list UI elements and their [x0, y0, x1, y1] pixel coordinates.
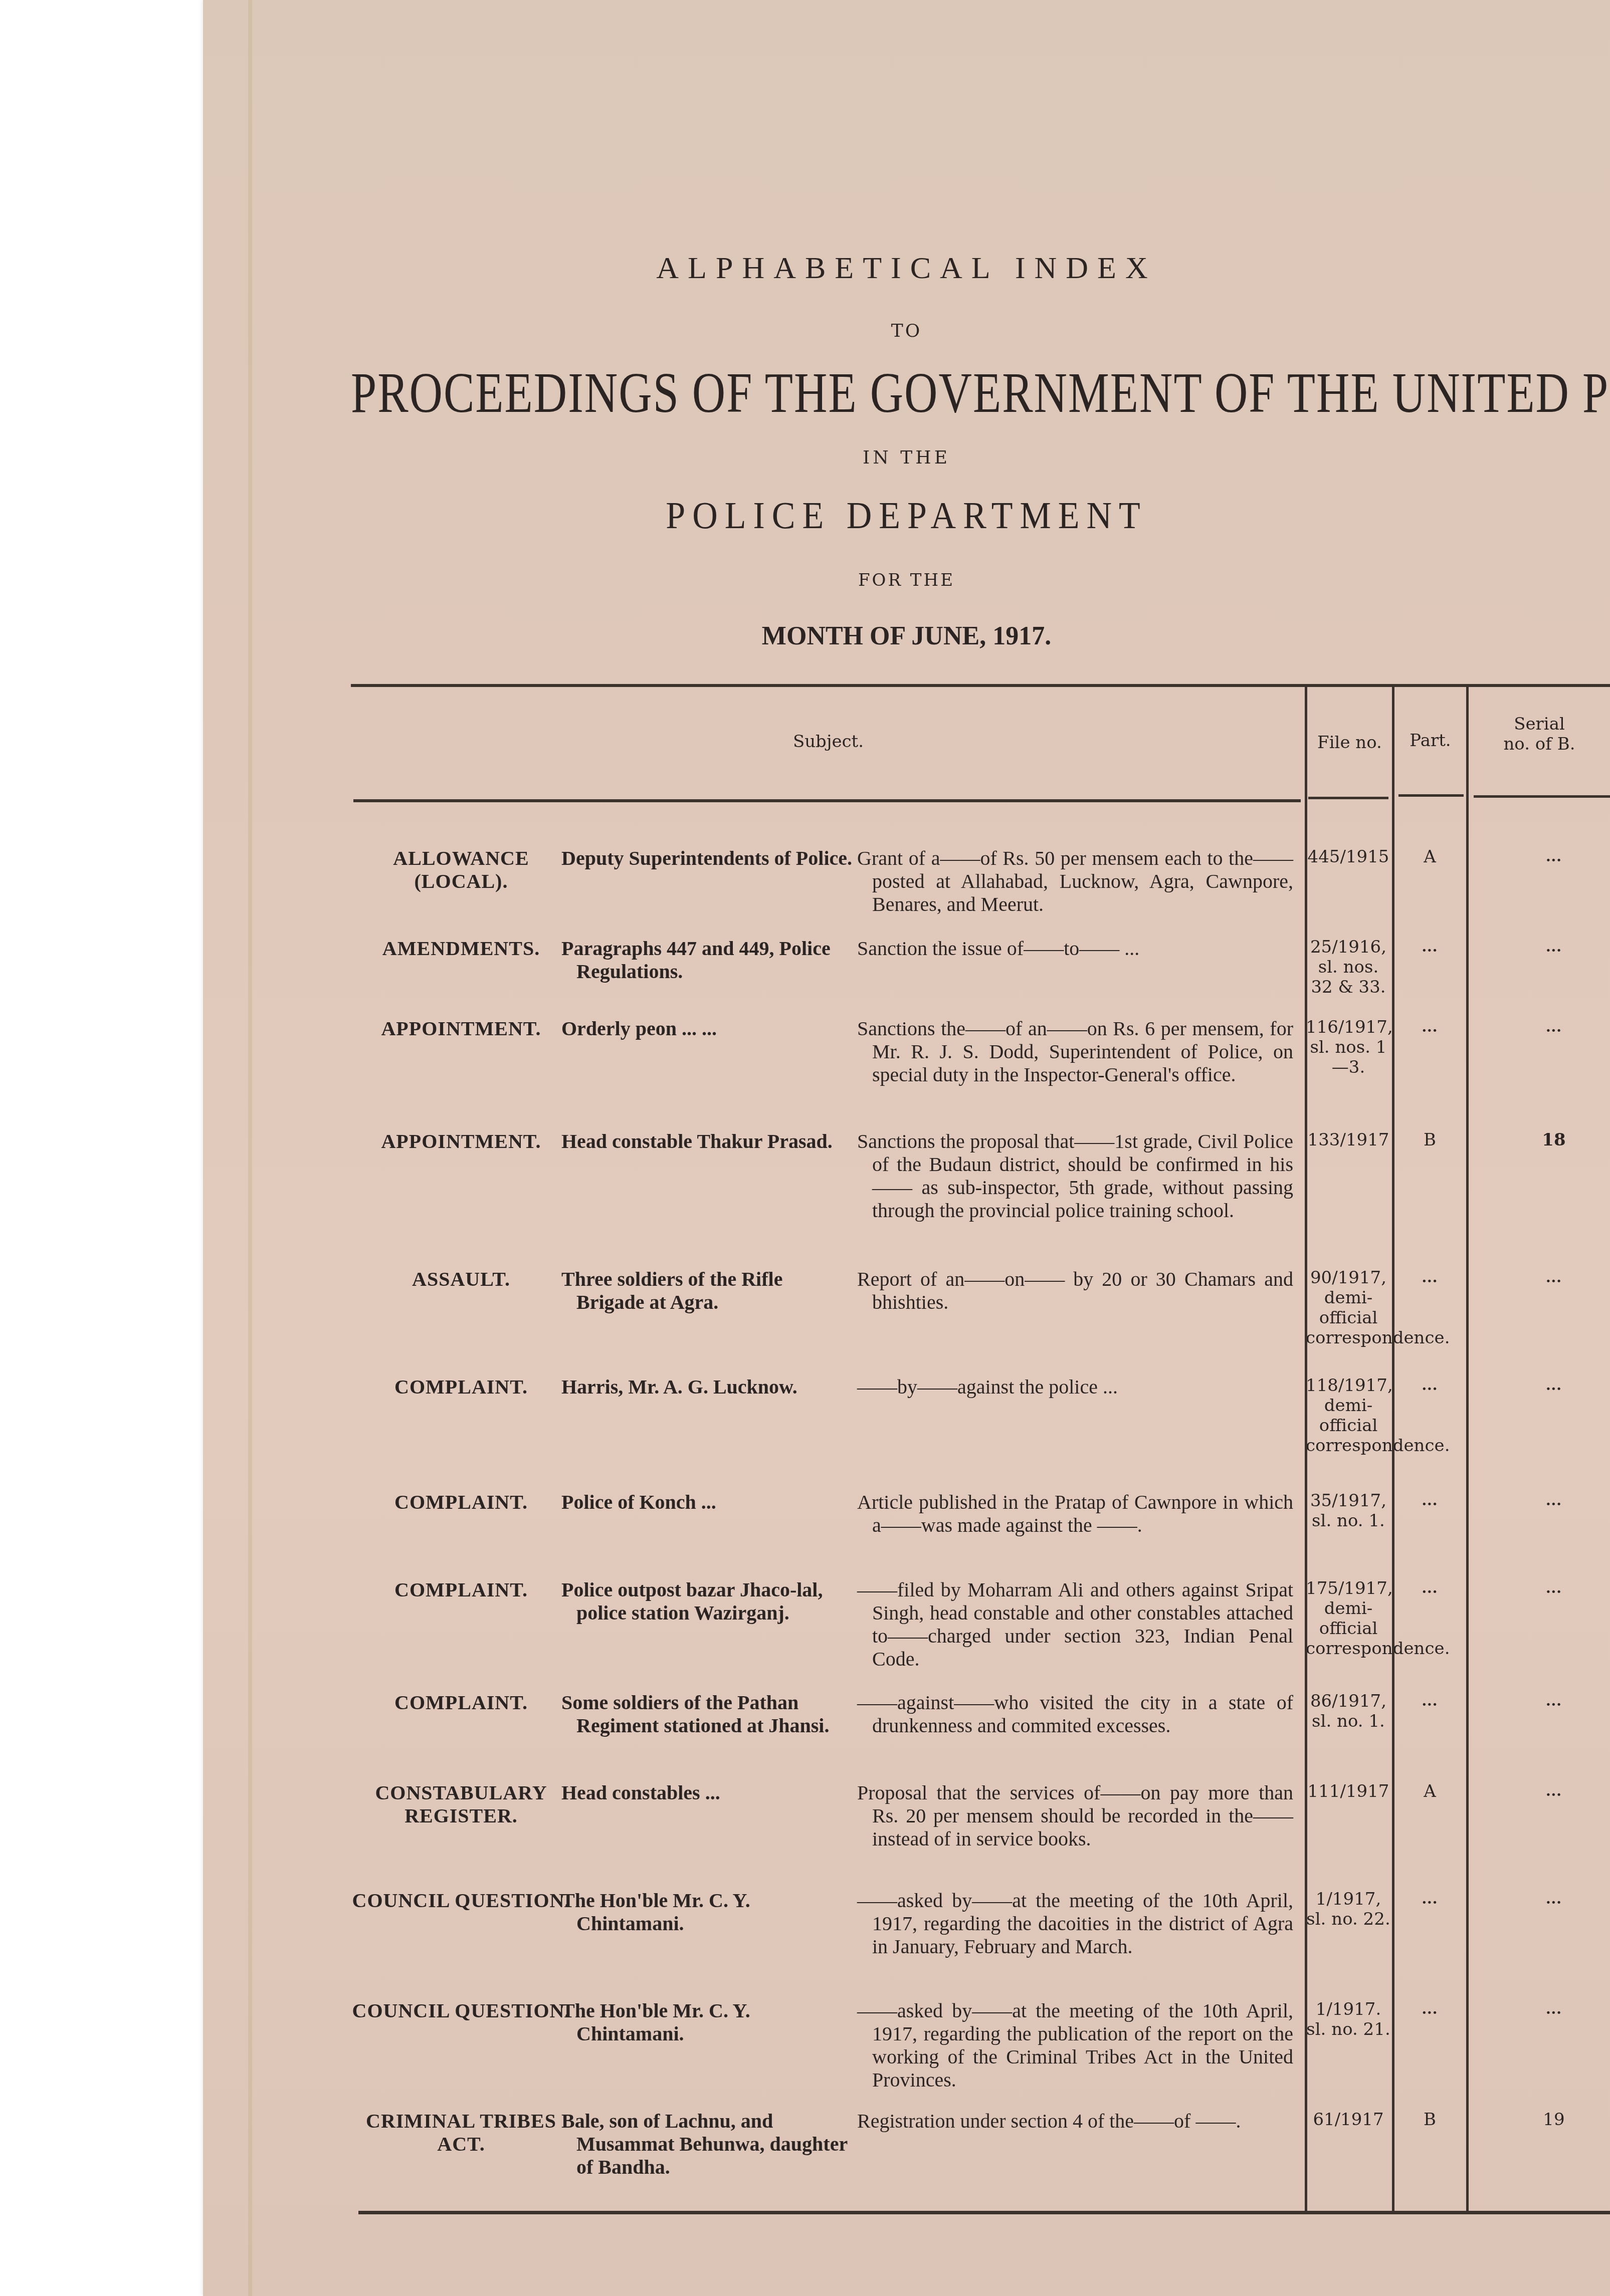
row-part: ... — [1393, 1889, 1466, 1909]
row-serial: ... — [1469, 847, 1609, 867]
row-heading: APPOINTMENT. — [351, 1017, 571, 1040]
row-file-no: 116/1917, sl. nos. 1—3. — [1306, 1017, 1391, 1077]
row-part: ... — [1393, 1017, 1466, 1037]
row-file-no: 1/1917, sl. no. 22. — [1306, 1889, 1391, 1929]
row-subject: Bale, son of Lachnu, and Musammat Behunw… — [561, 2110, 852, 2179]
row-part: ... — [1393, 1268, 1466, 1288]
department-title: POLICE DEPARTMENT — [203, 494, 1610, 538]
row-file-no: 445/1915 — [1306, 847, 1391, 867]
row-heading: ASSAULT. — [351, 1268, 571, 1291]
row-description: Proposal that the services of——on pay mo… — [857, 1781, 1293, 1851]
header-bottom-rule-serial — [1474, 795, 1610, 798]
row-serial: 19 — [1469, 2110, 1609, 2130]
row-heading: COMPLAINT. — [351, 1375, 571, 1399]
row-part: ... — [1393, 937, 1466, 957]
row-file-no: 1/1917. sl. no. 21. — [1306, 1999, 1391, 2039]
row-heading: CRIMINAL TRIBES ACT. — [351, 2110, 571, 2156]
row-serial: ... — [1469, 1491, 1609, 1511]
column-divider-serial — [1466, 686, 1469, 2212]
row-file-no: 175/1917, demi-official correspondence. — [1306, 1578, 1391, 1659]
header-file-no: File no. — [1307, 733, 1392, 753]
row-heading: COMPLAINT. — [351, 1691, 571, 1714]
row-description: Sanctions the proposal that——1st grade, … — [857, 1130, 1293, 1222]
row-description: Registration under section 4 of the——of … — [857, 2110, 1293, 2133]
row-description: ——by——against the police ... — [857, 1375, 1293, 1399]
row-description: ——against——who visited the city in a sta… — [857, 1691, 1293, 1737]
row-part: ... — [1393, 1578, 1466, 1598]
row-heading: COUNCIL QUESTION. — [351, 1889, 571, 1912]
row-part: ... — [1393, 1491, 1466, 1511]
row-description: ——asked by——at the meeting of the 10th A… — [857, 1999, 1293, 2092]
header-serial-line1: Serial — [1469, 714, 1610, 734]
row-description: Sanctions the——of an——on Rs. 6 per mense… — [857, 1017, 1293, 1086]
row-heading: CONSTABULARY REGISTER. — [351, 1781, 571, 1827]
row-subject: Three soldiers of the Rifle Brigade at A… — [561, 1268, 852, 1314]
row-file-no: 111/1917 — [1306, 1781, 1391, 1801]
row-subject: The Hon'ble Mr. C. Y. Chintamani. — [561, 1999, 852, 2045]
index-title: ALPHABETICAL INDEX — [203, 251, 1610, 286]
row-heading: COMPLAINT. — [351, 1491, 571, 1514]
row-serial: ... — [1469, 1375, 1609, 1396]
row-description: ——filed by Moharram Ali and others again… — [857, 1578, 1293, 1671]
table-bottom-rule — [358, 2211, 1610, 2214]
row-part: A — [1393, 847, 1466, 867]
header-part: Part. — [1394, 731, 1466, 751]
row-serial: ... — [1469, 1999, 1609, 2019]
row-serial: ... — [1469, 1889, 1609, 1909]
row-serial: ... — [1469, 1017, 1609, 1037]
row-heading: ALLOWANCE (LOCAL). — [351, 847, 571, 893]
row-description: Article published in the Pratap of Cawnp… — [857, 1491, 1293, 1537]
row-serial: ... — [1469, 1268, 1609, 1288]
title-for-the: FOR THE — [203, 570, 1610, 590]
row-file-no: 25/1916, sl. nos. 32 & 33. — [1306, 937, 1391, 997]
row-subject: Some soldiers of the Pathan Regiment sta… — [561, 1691, 852, 1737]
row-subject: Head constables ... — [561, 1781, 852, 1804]
row-subject: Orderly peon ... ... — [561, 1017, 852, 1040]
period-title: MONTH OF JUNE, 1917. — [203, 621, 1610, 651]
row-file-no: 61/1917 — [1306, 2110, 1391, 2130]
row-part: ... — [1393, 1999, 1466, 2019]
title-to: TO — [203, 321, 1610, 341]
row-serial: 18 — [1469, 1130, 1609, 1150]
row-subject: Police of Konch ... — [561, 1491, 852, 1514]
header-subject: Subject. — [353, 732, 1303, 752]
row-heading: COUNCIL QUESTION. — [351, 1999, 571, 2022]
table-top-rule — [351, 684, 1610, 687]
row-heading: COMPLAINT. — [351, 1578, 571, 1601]
row-part: ... — [1393, 1691, 1466, 1711]
row-subject: Head constable Thakur Prasad. — [561, 1130, 852, 1153]
row-subject: Paragraphs 447 and 449, Police Regulatio… — [561, 937, 852, 983]
row-subject: Police outpost bazar Jhaco-lal, police s… — [561, 1578, 852, 1625]
row-file-no: 86/1917, sl. no. 1. — [1306, 1691, 1391, 1731]
row-part: B — [1393, 2110, 1466, 2130]
row-subject: Harris, Mr. A. G. Lucknow. — [561, 1375, 852, 1399]
row-file-no: 35/1917, sl. no. 1. — [1306, 1491, 1391, 1531]
row-part: A — [1393, 1781, 1466, 1801]
row-heading: AMENDMENTS. — [351, 937, 571, 960]
row-description: Report of an——on—— by 20 or 30 Chamars a… — [857, 1268, 1293, 1314]
header-bottom-rule — [353, 799, 1301, 802]
row-description: ——asked by——at the meeting of the 10th A… — [857, 1889, 1293, 1958]
row-file-no: 118/1917, demi-official correspondence. — [1306, 1375, 1391, 1456]
header-serial-line2: no. of B. — [1469, 734, 1610, 754]
row-description: Grant of a——of Rs. 50 per mensem each to… — [857, 847, 1293, 916]
row-file-no: 90/1917, demi-official correspondence. — [1306, 1268, 1391, 1348]
title-in-the: IN THE — [203, 447, 1610, 468]
row-serial: ... — [1469, 1691, 1609, 1711]
row-subject: The Hon'ble Mr. C. Y. Chintamani. — [561, 1889, 852, 1935]
row-description: Sanction the issue of——to—— ... — [857, 937, 1293, 960]
row-serial: ... — [1469, 1578, 1609, 1598]
row-serial: ... — [1469, 1781, 1609, 1801]
row-subject: Deputy Superintendents of Police. — [561, 847, 852, 870]
header-bottom-rule-part — [1398, 794, 1464, 797]
header-serial: Serial no. of B. — [1469, 714, 1610, 754]
row-part: B — [1393, 1130, 1466, 1150]
row-file-no: 133/1917 — [1306, 1130, 1391, 1150]
header-bottom-rule-file — [1308, 797, 1388, 799]
proceedings-title: PROCEEDINGS OF THE GOVERNMENT OF THE UNI… — [351, 359, 1610, 426]
row-serial: ... — [1469, 937, 1609, 957]
row-part: ... — [1393, 1375, 1466, 1396]
row-heading: APPOINTMENT. — [351, 1130, 571, 1153]
